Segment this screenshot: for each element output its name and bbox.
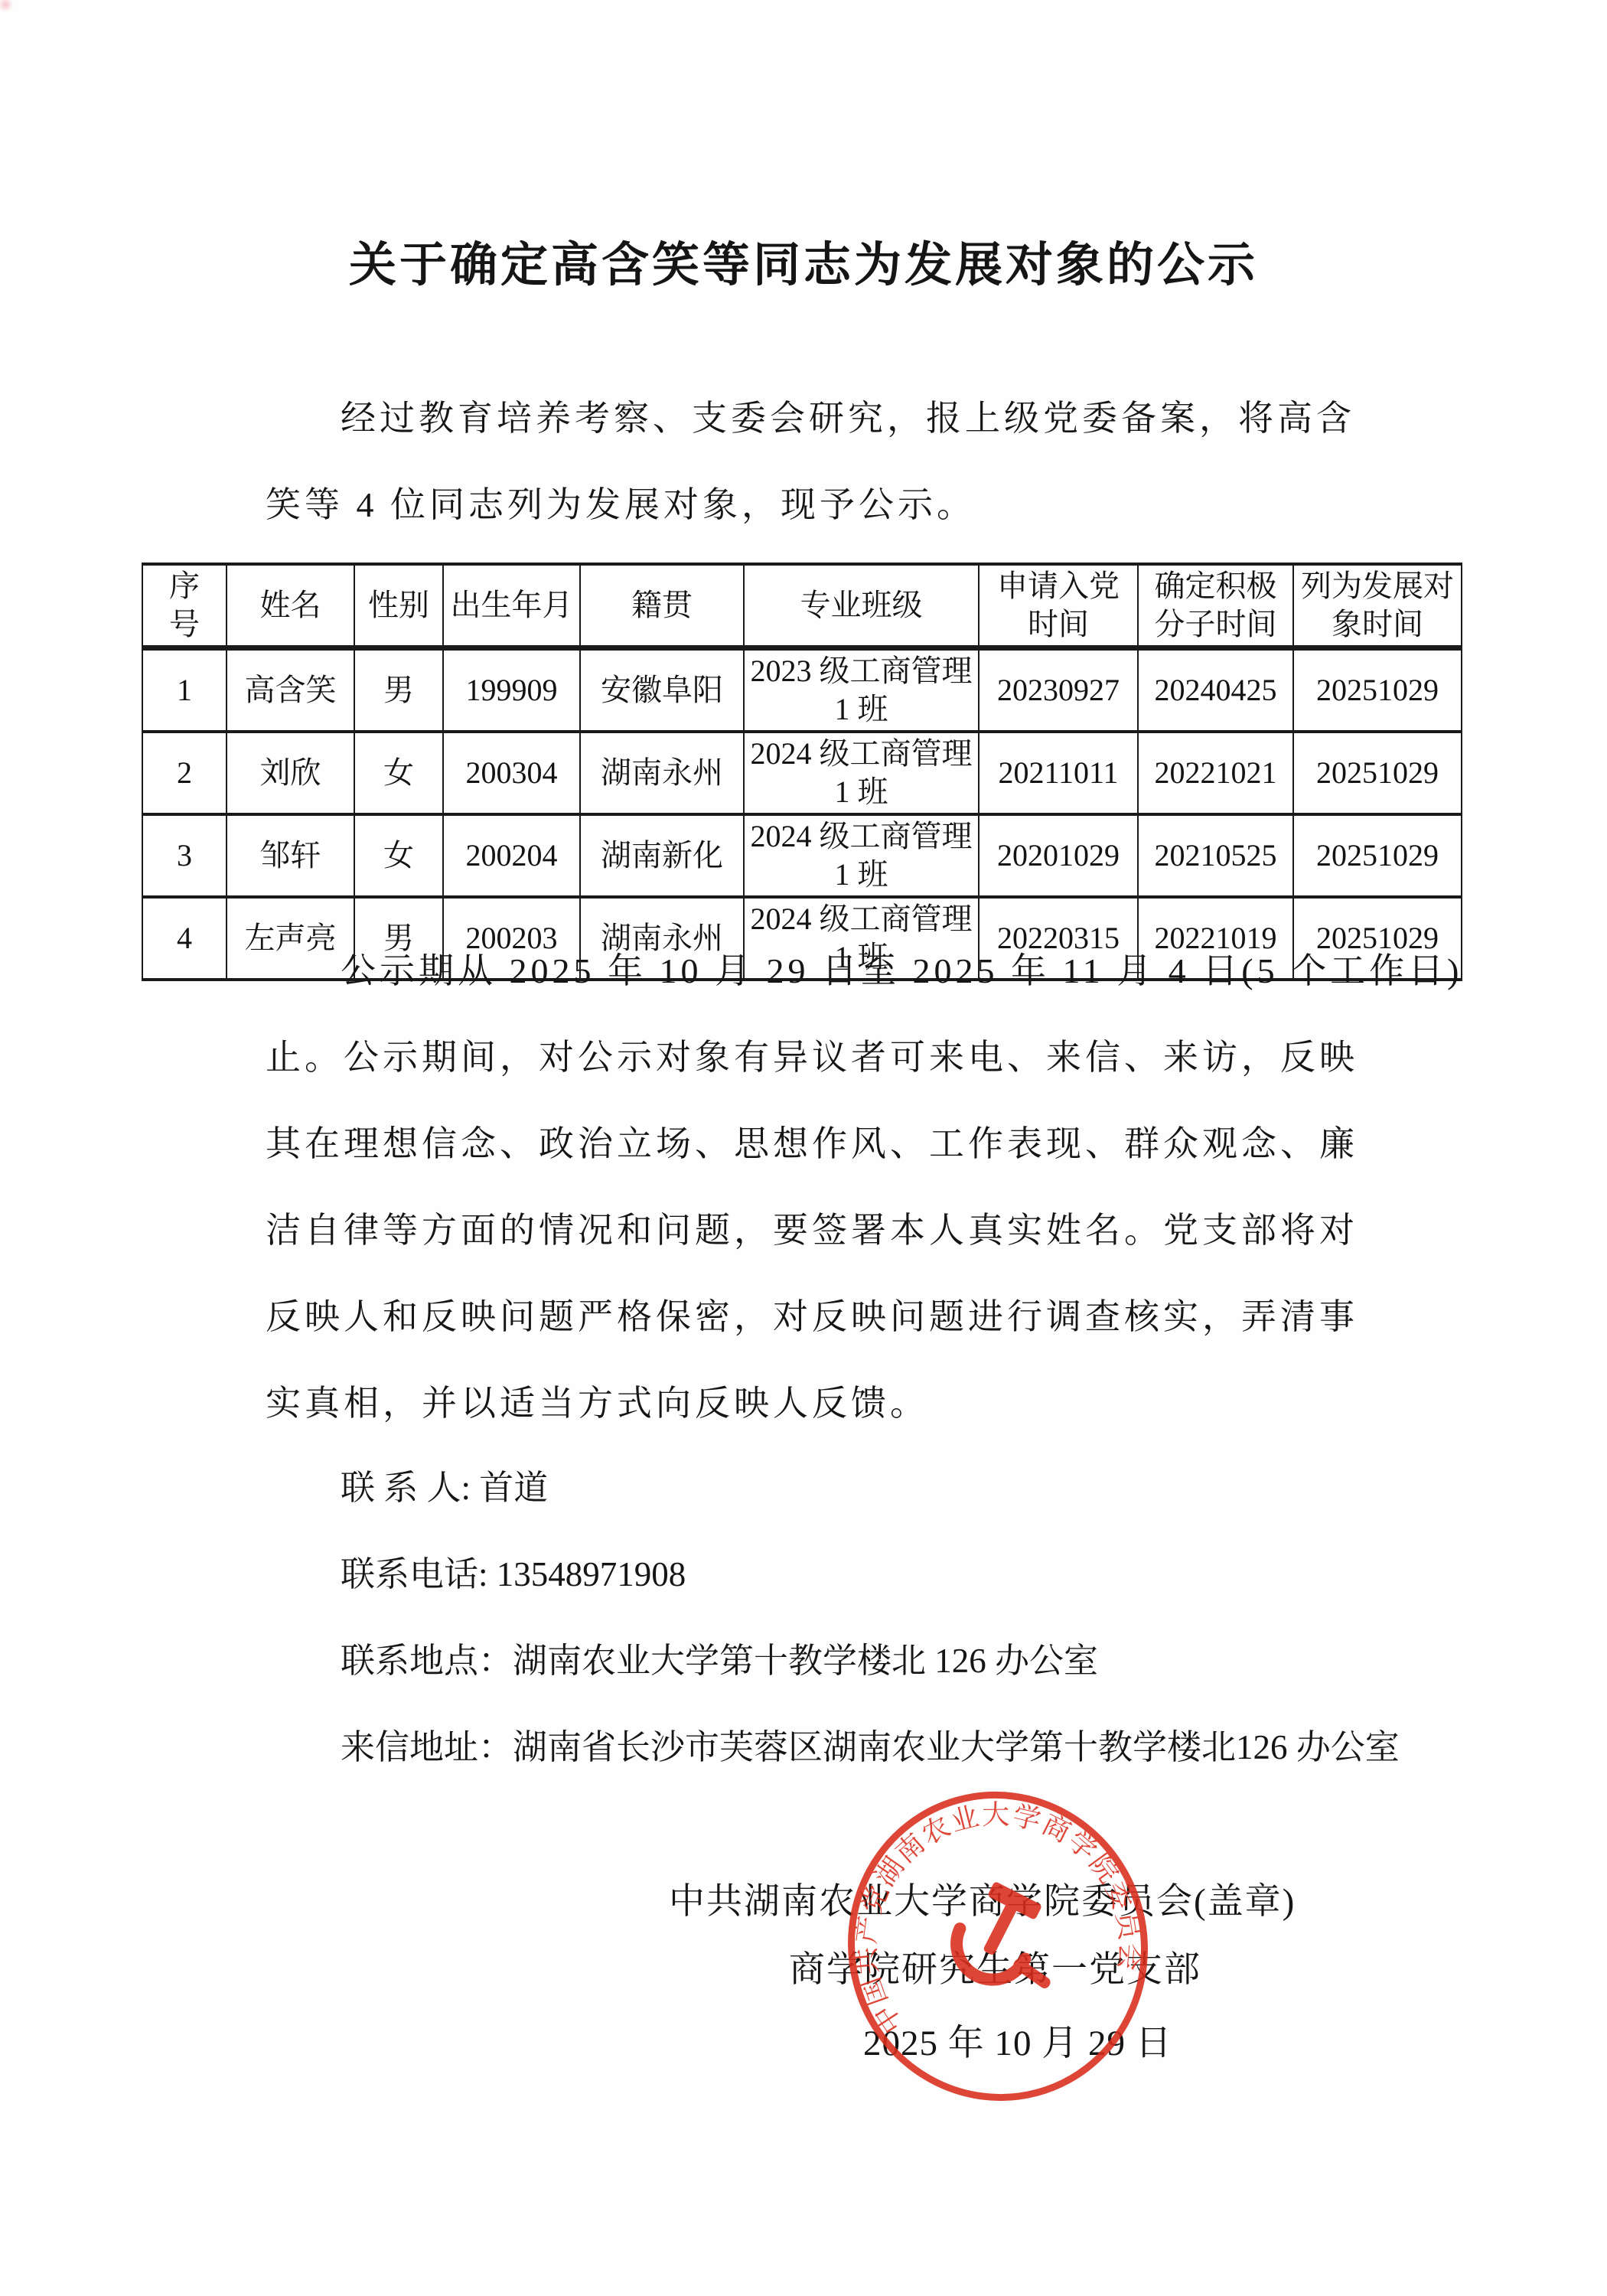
table-cell: 湖南永州	[580, 732, 744, 814]
table-cell: 2024 级工商管理 1 班	[744, 814, 979, 897]
contact-line: 来信地址：湖南省长沙市芙蓉区湖南农业大学第十教学楼北126 办公室	[341, 1704, 1400, 1791]
contact-block: 联 系 人: 首道联系电话: 13548971908联系地点：湖南农业大学第十教…	[341, 1445, 1400, 1791]
table-header-cell: 确定积极 分子时间	[1138, 564, 1293, 648]
table-cell: 1	[142, 648, 227, 732]
table-cell: 女	[354, 814, 443, 897]
document-page: 关于确定高含笑等同志为发展对象的公示 经过教育培养考察、支委会研究，报上级党委备…	[0, 0, 1607, 2296]
intro-line: 笑等 4 位同志列为发展对象，现予公示。	[266, 461, 1355, 548]
intro-line: 经过教育培养考察、支委会研究，报上级党委备案，将高含	[266, 375, 1355, 461]
contact-line: 联系地点：湖南农业大学第十教学楼北 126 办公室	[341, 1618, 1400, 1704]
table-cell: 刘欣	[227, 732, 354, 814]
table-cell: 高含笑	[227, 648, 354, 732]
table-cell: 安徽阜阳	[580, 648, 744, 732]
notice-line: 反映人和反映问题严格保密，对反映问题进行调查核实，弄清事	[266, 1274, 1462, 1360]
table-cell: 邹轩	[227, 814, 354, 897]
document-title: 关于确定高含笑等同志为发展对象的公示	[0, 227, 1607, 295]
table-cell: 20230927	[979, 648, 1138, 732]
table-cell: 女	[354, 732, 443, 814]
table-header-cell: 序 号	[142, 564, 227, 648]
table-cell: 20211011	[979, 732, 1138, 814]
table-cell: 4	[142, 897, 227, 980]
table-cell: 20240425	[1138, 648, 1293, 732]
table-cell: 200304	[443, 732, 580, 814]
table-header-cell: 籍贯	[580, 564, 744, 648]
table-cell: 20251029	[1293, 814, 1462, 897]
contact-line: 联系电话: 13548971908	[341, 1531, 1400, 1618]
table-row: 序 号姓名性别出生年月籍贯专业班级申请入党 时间确定积极 分子时间列为发展对 象…	[142, 564, 1462, 648]
notice-paragraph: 公示期从 2025 年 10 月 29 日至 2025 年 11 月 4 日(5…	[266, 928, 1462, 1446]
intro-paragraph: 经过教育培养考察、支委会研究，报上级党委备案，将高含笑等 4 位同志列为发展对象…	[266, 375, 1355, 548]
table-cell: 男	[354, 648, 443, 732]
table-cell: 3	[142, 814, 227, 897]
table-cell: 2023 级工商管理 1 班	[744, 648, 979, 732]
table-header-cell: 专业班级	[744, 564, 979, 648]
seal-arc-text: 中国共产党湖南农业大学商学院委员会	[843, 1788, 1152, 2046]
hammer-sickle-icon	[942, 1870, 1064, 2010]
table-header-cell: 姓名	[227, 564, 354, 648]
table-header-cell: 列为发展对 象时间	[1293, 564, 1462, 648]
table-cell: 2	[142, 732, 227, 814]
contact-line: 联 系 人: 首道	[341, 1445, 1400, 1531]
table-cell: 20210525	[1138, 814, 1293, 897]
notice-line: 实真相，并以适当方式向反映人反馈。	[266, 1360, 1462, 1446]
notice-line: 其在理想信念、政治立场、思想作风、工作表现、群众观念、廉	[266, 1101, 1462, 1187]
official-seal-stamp: 中国共产党湖南农业大学商学院委员会	[843, 1788, 1152, 2105]
notice-line: 洁自律等方面的情况和问题，要签署本人真实姓名。党支部将对	[266, 1187, 1462, 1274]
notice-line: 公示期从 2025 年 10 月 29 日至 2025 年 11 月 4 日(5…	[266, 928, 1462, 1014]
table-cell: 20251029	[1293, 732, 1462, 814]
table-cell: 20251029	[1293, 648, 1462, 732]
table-row: 1高含笑男199909安徽阜阳2023 级工商管理 1 班20230927202…	[142, 648, 1462, 732]
table-cell: 199909	[443, 648, 580, 732]
table-cell: 湖南新化	[580, 814, 744, 897]
table-cell: 200204	[443, 814, 580, 897]
table-cell: 20221021	[1138, 732, 1293, 814]
table-row: 3邹轩女200204湖南新化2024 级工商管理 1 班202010292021…	[142, 814, 1462, 897]
candidates-table: 序 号姓名性别出生年月籍贯专业班级申请入党 时间确定积极 分子时间列为发展对 象…	[142, 563, 1462, 981]
notice-line: 止。公示期间，对公示对象有异议者可来电、来信、来访，反映	[266, 1014, 1462, 1101]
table-header-cell: 出生年月	[443, 564, 580, 648]
table-header-cell: 性别	[354, 564, 443, 648]
table-cell: 2024 级工商管理 1 班	[744, 732, 979, 814]
seal-graphic: 中国共产党湖南农业大学商学院委员会	[843, 1788, 1152, 2105]
table-header-cell: 申请入党 时间	[979, 564, 1138, 648]
corner-ink-smudge	[0, 0, 14, 11]
table-row: 2刘欣女200304湖南永州2024 级工商管理 1 班202110112022…	[142, 732, 1462, 814]
table-header-row: 序 号姓名性别出生年月籍贯专业班级申请入党 时间确定积极 分子时间列为发展对 象…	[142, 564, 1462, 648]
table-cell: 20201029	[979, 814, 1138, 897]
